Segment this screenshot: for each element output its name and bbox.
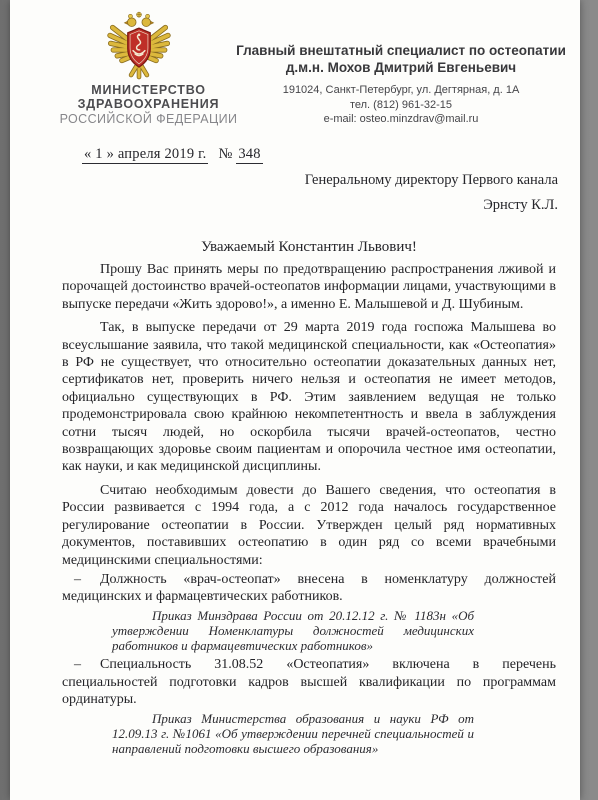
- addressee-name: Эрнсту К.Л.: [228, 193, 558, 218]
- reference-order-minobr: Приказ Министерства образования и науки …: [112, 711, 474, 757]
- date-number-line: « 1 » апреля 2019 г.№ 348: [82, 146, 263, 163]
- specialist-phone: тел. (812) 961-32-15: [236, 99, 566, 113]
- paragraph-incident: Так, в выпуске передачи от 29 марта 2019…: [62, 319, 556, 476]
- ministry-line2: ЗДРАВООХРАНЕНИЯ: [46, 98, 251, 112]
- specialist-title: Главный внештатный специалист по остеопа…: [236, 42, 566, 59]
- bullet-dash: –: [62, 571, 100, 588]
- reference-order-minzdrav: Приказ Минздрава России от 20.12.12 г. №…: [112, 608, 474, 654]
- ministry-name-block: МИНИСТЕРСТВО ЗДРАВООХРАНЕНИЯ РОССИЙСКОЙ …: [46, 84, 251, 126]
- bullet-item-specialty: –Специальность 31.08.52 «Остеопатия» вкл…: [62, 656, 556, 708]
- paragraph-regulation: Считаю необходимым довести до Вашего све…: [62, 482, 556, 569]
- specialist-email: e-mail: osteo.minzdrav@mail.ru: [236, 113, 566, 127]
- letter-body: Прошу Вас принять меры по предотвращению…: [62, 261, 556, 759]
- date-day: 1: [95, 146, 102, 162]
- bullet-text: Должность «врач-остеопат» внесена в номе…: [62, 572, 556, 604]
- specialist-header-block: Главный внештатный специалист по остеопа…: [236, 42, 566, 127]
- date-month-year: апреля 2019 г.: [118, 146, 207, 162]
- bullet-text: Специальность 31.08.52 «Остеопатия» вклю…: [62, 657, 556, 707]
- letter-page: МИНИСТЕРСТВО ЗДРАВООХРАНЕНИЯ РОССИЙСКОЙ …: [10, 0, 580, 800]
- paragraph-request: Прошу Вас принять меры по предотвращению…: [62, 261, 556, 313]
- number-sign: №: [218, 146, 232, 162]
- addressee-position: Генеральному директору Первого канала: [228, 168, 558, 193]
- close-quote: »: [107, 146, 114, 162]
- minzdrav-double-eagle-emblem-icon: [106, 11, 172, 81]
- letter-screenshot: { "colors":{"page_bg":"#fdfdfb","backdro…: [0, 0, 598, 800]
- specialist-address: 191024, Санкт-Петербург, ул. Дегтярная, …: [236, 84, 566, 98]
- addressee-block: Генеральному директору Первого канала Эр…: [228, 168, 558, 218]
- specialist-name: д.м.н. Мохов Дмитрий Евгеньевич: [236, 59, 566, 76]
- bullet-dash: –: [62, 656, 100, 673]
- ministry-line1: МИНИСТЕРСТВО: [46, 84, 251, 98]
- outgoing-number: 348: [236, 146, 262, 164]
- ministry-line3: РОССИЙСКОЙ ФЕДЕРАЦИИ: [46, 112, 251, 126]
- bullet-item-position: –Должность «врач-остеопат» внесена в ном…: [62, 571, 556, 606]
- salutation: Уважаемый Константин Львович!: [62, 239, 556, 256]
- open-quote: «: [84, 146, 91, 162]
